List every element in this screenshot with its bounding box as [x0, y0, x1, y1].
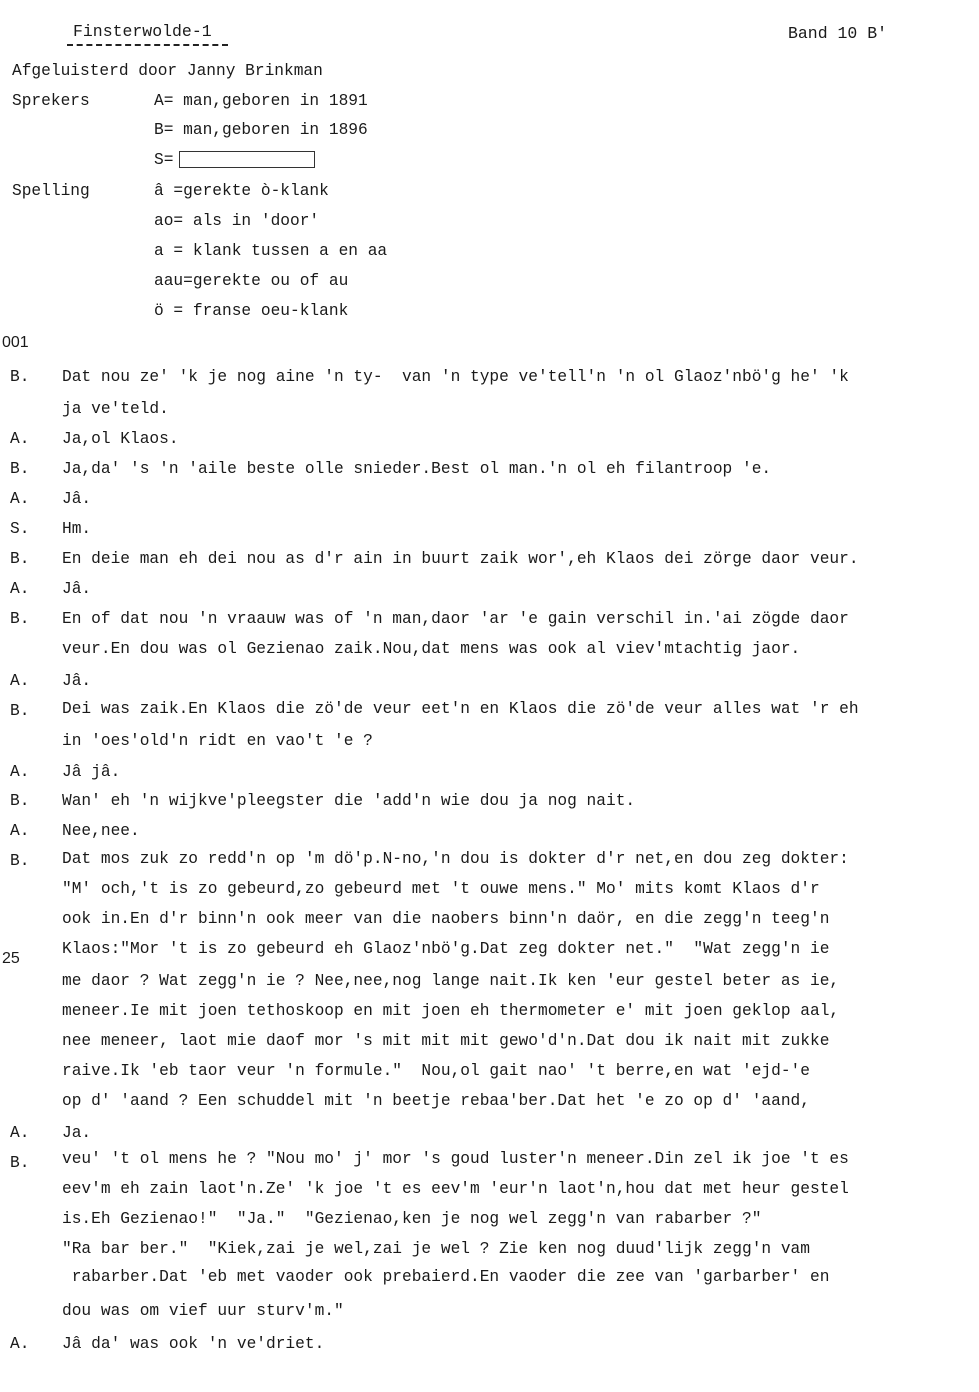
spelling-rule: ö = franse oeu-klank — [154, 302, 348, 320]
speaker-s-label: S= — [154, 151, 173, 169]
utterance-line: Nee,nee. — [62, 822, 140, 840]
utterance-line: Wan' eh 'n wijkve'pleegster die 'add'n w… — [62, 792, 635, 810]
speaker-tag: B. — [10, 702, 29, 720]
redacted-box — [179, 151, 315, 168]
utterance-line: Hm. — [62, 520, 91, 538]
utterance-line: me daor ? Wat zegg'n ie ? Nee,nee,nog la… — [62, 972, 839, 990]
utterance-line: "Ra bar ber." "Kiek,zai je wel,zai je we… — [62, 1240, 810, 1258]
utterance-line: ja ve'teld. — [62, 400, 169, 418]
speaker-tag: A. — [10, 822, 29, 840]
speaker-tag: A. — [10, 1335, 29, 1353]
utterance-line: Jâ. — [62, 580, 91, 598]
utterance-line: nee meneer, laot mie daof mor 's mit mit… — [62, 1032, 829, 1050]
utterance-line: "M' och,'t is zo gebeurd,zo gebeurd met … — [62, 880, 820, 898]
title-underline — [67, 44, 228, 46]
utterance-line: ook in.En d'r binn'n ook meer van die na… — [62, 910, 829, 928]
spelling-rule: â =gerekte ò-klank — [154, 182, 329, 200]
speaker-tag: B. — [10, 1154, 29, 1172]
speaker-tag: B. — [10, 368, 29, 386]
speaker-tag: B. — [10, 852, 29, 870]
document-title: Finsterwolde-1 — [73, 22, 212, 41]
speaker-s: S= — [154, 151, 315, 169]
utterance-line: Jâ jâ. — [62, 763, 120, 781]
utterance-line: Jâ. — [62, 490, 91, 508]
speaker-tag: A. — [10, 672, 29, 690]
spelling-rule: a = klank tussen a en aa — [154, 242, 387, 260]
utterance-line: is.Eh Gezienao!" "Ja." "Gezienao,ken je … — [62, 1210, 761, 1228]
utterance-line: Jâ. — [62, 672, 91, 690]
speaker-tag: B. — [10, 610, 29, 628]
utterance-line: Jâ da' was ook 'n ve'driet. — [62, 1335, 324, 1353]
spelling-rule: aau=gerekte ou of au — [154, 272, 348, 290]
utterance-line: Dat nou ze' 'k je nog aine 'n ty- van 'n… — [62, 368, 849, 386]
speaker-tag: B. — [10, 792, 29, 810]
speakers-label: Sprekers — [12, 92, 90, 110]
speaker-tag: A. — [10, 580, 29, 598]
speaker-tag: A. — [10, 1124, 29, 1142]
utterance-line: in 'oes'old'n ridt en vao't 'e ? — [62, 732, 373, 750]
spelling-label: Spelling — [12, 182, 90, 200]
margin-number: 001 — [2, 334, 29, 352]
listened-by: Afgeluisterd door Janny Brinkman — [12, 62, 323, 80]
speaker-tag: S. — [10, 520, 29, 538]
utterance-line: veur.En dou was ol Gezienao zaik.Nou,dat… — [62, 640, 800, 658]
speaker-tag: B. — [10, 460, 29, 478]
speaker-tag: A. — [10, 490, 29, 508]
utterance-line: veu' 't ol mens he ? "Nou mo' j' mor 's … — [62, 1150, 849, 1168]
utterance-line: eev'm eh zain laot'n.Ze' 'k joe 't es ee… — [62, 1180, 849, 1198]
utterance-line: Ja. — [62, 1124, 91, 1142]
utterance-line: Klaos:"Mor 't is zo gebeurd eh Glaoz'nbö… — [62, 940, 829, 958]
utterance-line: En of dat nou 'n vraauw was of 'n man,da… — [62, 610, 849, 628]
utterance-line: Dat mos zuk zo redd'n op 'm dö'p.N-no,'n… — [62, 850, 849, 868]
utterance-line: raive.Ik 'eb taor veur 'n formule." Nou,… — [62, 1062, 810, 1080]
speaker-a: A= man,geboren in 1891 — [154, 92, 368, 110]
utterance-line: dou was om vief uur sturv'm." — [62, 1302, 344, 1320]
utterance-line: rabarber.Dat 'eb met vaoder ook prebaier… — [62, 1268, 829, 1286]
speaker-tag: A. — [10, 430, 29, 448]
spelling-rule: ao= als in 'door' — [154, 212, 319, 230]
band-label: Band 10 B' — [788, 24, 887, 43]
utterance-line: Ja,ol Klaos. — [62, 430, 179, 448]
utterance-line: Ja,da' 's 'n 'aile beste olle snieder.Be… — [62, 460, 771, 478]
speaker-b: B= man,geboren in 1896 — [154, 121, 368, 139]
speaker-tag: B. — [10, 550, 29, 568]
utterance-line: En deie man eh dei nou as d'r ain in buu… — [62, 550, 859, 568]
utterance-line: op d' 'aand ? Een schuddel mit 'n beetje… — [62, 1092, 810, 1110]
speaker-tag: A. — [10, 763, 29, 781]
utterance-line: meneer.Ie mit joen tethoskoop en mit joe… — [62, 1002, 839, 1020]
utterance-line: Dei was zaik.En Klaos die zö'de veur eet… — [62, 700, 859, 718]
margin-number: 25 — [2, 950, 20, 968]
